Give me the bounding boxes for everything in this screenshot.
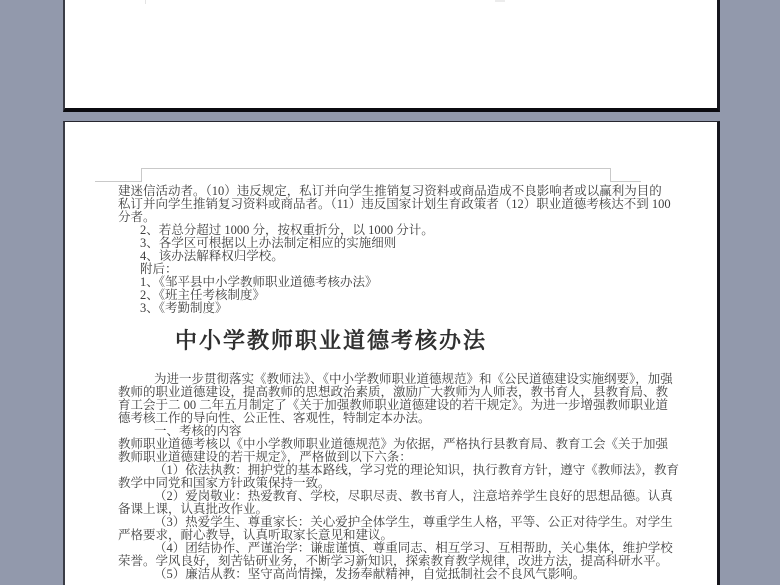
document-body[interactable]: 建迷信活动者。（10）违反规定，私订并向学生推销复习资料或商品造成不良影响者或以…: [118, 185, 612, 581]
page-1[interactable]: [63, 0, 720, 112]
document-canvas: 建迷信活动者。（10）违反规定，私订并向学生推销复习资料或商品造成不良影响者或以…: [0, 0, 780, 585]
text-boundary-mark: [141, 168, 142, 182]
text-boundary-mark: [145, 0, 146, 4]
text-boundary-mark: [95, 181, 141, 182]
text-boundary-mark: [610, 181, 641, 182]
text-line[interactable]: 3、《考勤制度》: [118, 302, 612, 315]
text-boundary-mark: [610, 168, 611, 182]
text-line[interactable]: 私订并向学生推销复习资料或商品者。（11）违反国家计划生育政策者（12）职业道德…: [118, 198, 612, 211]
text-boundary-mark: [141, 168, 610, 169]
text-boundary-mark: [495, 0, 505, 2]
text-line[interactable]: 4、该办法解释权归学校。: [118, 250, 612, 263]
text-line[interactable]: （5）廉洁从教：坚守高尚情操，发扬奉献精神，自觉抵制社会不良风气影响。: [118, 568, 612, 581]
document-title[interactable]: 中小学教师职业道德考核办法: [118, 326, 612, 356]
